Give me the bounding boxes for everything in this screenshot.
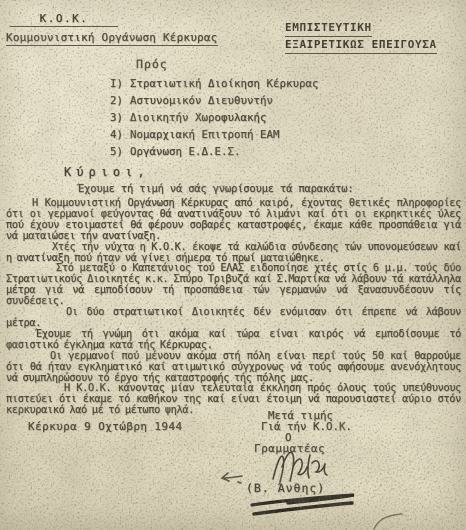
- closing-for-org: Γιά τήν Κ.Ο.Κ.: [261, 420, 352, 433]
- signature-scribble-icon: [270, 449, 332, 485]
- paragraph: Οι γερμανοί πού μένουν ακόμα στή πόλη εί…: [6, 351, 461, 384]
- salutation: Κύριοι,: [64, 165, 150, 179]
- recipient-item: Ι)Στρατιωτική Διοίκηση Κέρκυρας: [110, 75, 319, 92]
- paragraph: Στό μεταξύ ο Καπετάνιος τού ΕΛΑΣ ειδοποί…: [6, 263, 461, 307]
- pen-underline-strokes-icon: [248, 493, 360, 519]
- recipient-name: Διοικητήν Χωροφυλακής: [130, 111, 267, 124]
- paragraph: Η Κ.Ο.Κ. κάνοντας μίαν τελευταία έκκληση…: [6, 383, 461, 416]
- recipient-number: 3): [110, 109, 130, 126]
- to-label: Πρός: [136, 57, 168, 71]
- paragraph: Χτές τήν νύχτα η Κ.Ο.Κ. έκοψε τά καλώδια…: [6, 242, 461, 264]
- org-name: Κομμουνιστική Οργάνωση Κέρκυρας: [6, 31, 218, 46]
- recipient-number: Ι): [110, 75, 130, 92]
- recipient-number: 2): [110, 92, 130, 109]
- intro-line: Έχουμε τή τιμή νά σάς γνωρίσουμε τά παρα…: [78, 183, 353, 195]
- urgency-label: ΕΞΑΙΡΕΤΙΚΩΣ ΕΠΕΙΓΟΥΣΑ: [285, 37, 437, 54]
- arrow-pen-mark-icon: [218, 468, 244, 486]
- letter-body: Η Κομμουνιστική Οργάνωση Κέρκυρας από κα…: [6, 198, 461, 416]
- recipient-name: Νομαρχιακή Επιτροπή ΕΑΜ: [130, 128, 280, 141]
- recipient-item: 2)Αστυνομικόν Διευθυντήν: [110, 92, 319, 109]
- paragraph: Έχουμε τή γνώμη ότι ακόμα καί τώρα είναι…: [6, 329, 461, 351]
- paragraph: Η Κομμουνιστική Οργάνωση Κέρκυρας από κα…: [6, 198, 461, 242]
- date-line: Κέρκυρα 9 Οχτώβρη 1944: [28, 420, 183, 433]
- recipient-name: Στρατιωτική Διοίκηση Κέρκυρας: [130, 77, 319, 90]
- recipient-name: Οργάνωση Ε.Δ.Ε.Σ.: [130, 145, 241, 158]
- recipient-list: Ι)Στρατιωτική Διοίκηση Κέρκυρας 2)Αστυνο…: [110, 75, 319, 160]
- corner-pen-mark-icon: [368, 512, 408, 530]
- recipient-item: 5)Οργάνωση Ε.Δ.Ε.Σ.: [110, 143, 319, 160]
- recipient-name: Αστυνομικόν Διευθυντήν: [130, 94, 273, 107]
- classification-stamp: ΕΜΠΙΣΤΕΥΤΙΚΗ ΕΞΑΙΡΕΤΙΚΩΣ ΕΠΕΙΓΟΥΣΑ: [285, 20, 437, 54]
- recipient-number: 5): [110, 143, 130, 160]
- recipient-item: 4)Νομαρχιακή Επιτροπή ΕΑΜ: [110, 126, 319, 143]
- scanned-document-page: Κ.Ο.Κ. Κομμουνιστική Οργάνωση Κέρκυρας Ε…: [0, 0, 466, 530]
- org-code: Κ.Ο.Κ.: [10, 12, 118, 27]
- recipient-number: 4): [110, 126, 130, 143]
- classification-label: ΕΜΠΙΣΤΕΥΤΙΚΗ: [285, 20, 372, 37]
- paragraph: Οι δύο στρατιωτικοί Διοικητές δέν ενόμισ…: [6, 307, 461, 329]
- recipient-item: 3)Διοικητήν Χωροφυλακής: [110, 109, 319, 126]
